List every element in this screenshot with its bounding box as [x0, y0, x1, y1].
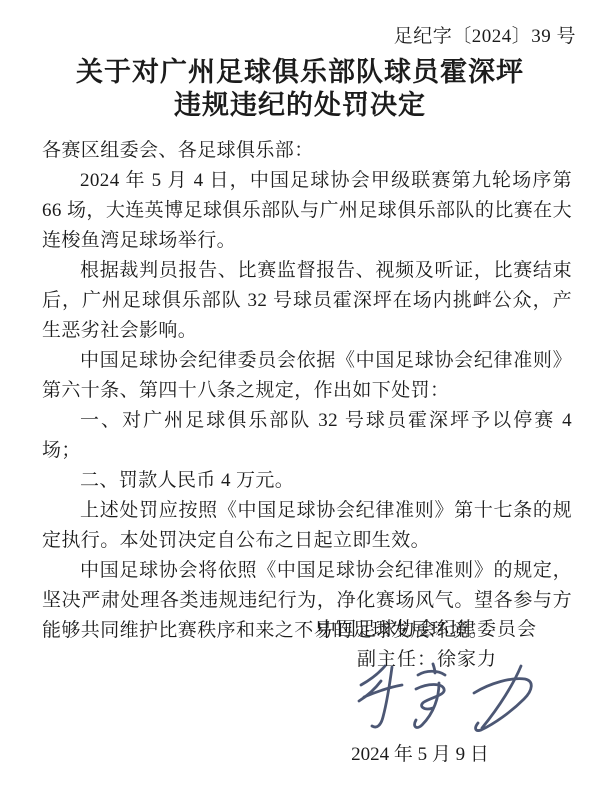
- signoff-organization: 中国足球协会纪律委员会: [254, 616, 600, 644]
- paragraph-legal-basis: 中国足球协会纪律委员会依据《中国足球协会纪律准则》第六十条、第四十八条之规定，作…: [42, 346, 572, 406]
- paragraph-penalty-1: 一、对广州足球俱乐部队 32 号球员霍深坪予以停赛 4 场；: [42, 406, 572, 466]
- paragraph-execution: 上述处罚应按照《中国足球协会纪律准则》第十七条的规定执行。本处罚决定自公布之日起…: [42, 496, 572, 556]
- doc-number: 足纪字〔2024〕39 号: [0, 0, 600, 50]
- document-title: 关于对广州足球俱乐部队球员霍深坪 违规违纪的处罚决定: [30, 56, 570, 122]
- paragraph-incident: 根据裁判员报告、比赛监督报告、视频及听证，比赛结束后，广州足球俱乐部队 32 号…: [42, 256, 572, 346]
- paragraph-match-info: 2024 年 5 月 4 日，中国足球协会甲级联赛第九轮场序第 66 场，大连英…: [42, 166, 572, 256]
- document-date: 2024 年 5 月 9 日: [240, 742, 600, 768]
- document-body: 各赛区组委会、各足球俱乐部： 2024 年 5 月 4 日，中国足球协会甲级联赛…: [42, 136, 572, 646]
- signature-ink-strokes: [359, 664, 531, 731]
- handwritten-signature: [354, 662, 539, 732]
- title-line-2: 违规违纪的处罚决定: [30, 89, 570, 122]
- title-line-1: 关于对广州足球俱乐部队球员霍深坪: [30, 56, 570, 89]
- document-page: 足纪字〔2024〕39 号 关于对广州足球俱乐部队球员霍深坪 违规违纪的处罚决定…: [0, 0, 600, 786]
- paragraph-penalty-2: 二、罚款人民币 4 万元。: [42, 466, 572, 496]
- salutation: 各赛区组委会、各足球俱乐部：: [42, 136, 572, 166]
